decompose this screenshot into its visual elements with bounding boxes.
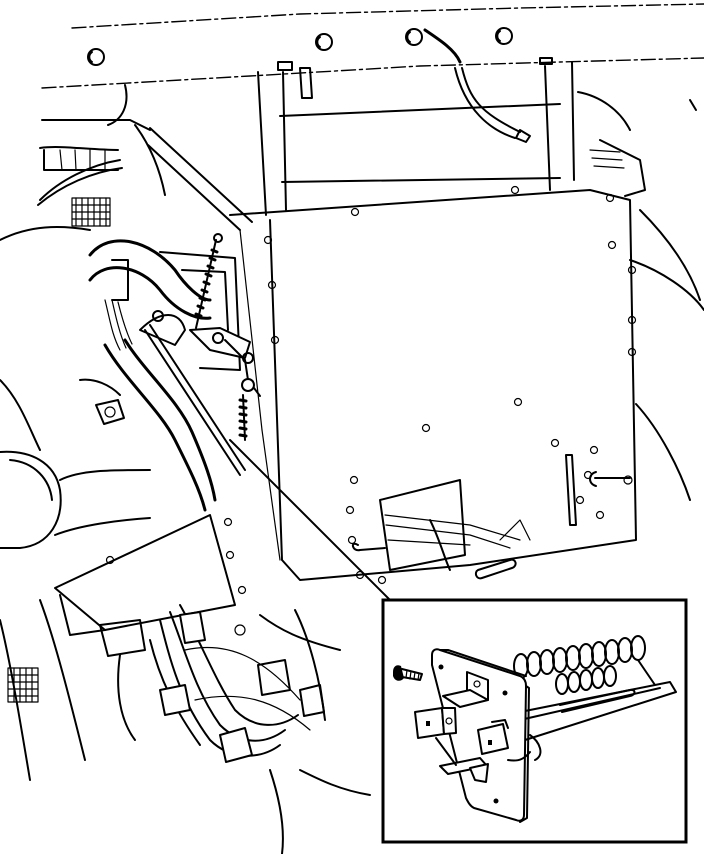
lower-left-grille [0, 600, 85, 780]
nut-icon [88, 49, 104, 65]
nut-icon [496, 28, 512, 44]
harness-bracket [55, 515, 246, 635]
dash-panel-upper-bar [42, 4, 704, 125]
wiring-harness [100, 605, 370, 854]
resistor-mounting-location [353, 480, 530, 578]
nut-icon [406, 29, 422, 45]
right-lever-assembly [566, 455, 632, 525]
upper-brackets [258, 58, 574, 215]
inset [383, 600, 686, 842]
right-side-components [578, 92, 704, 500]
screw-holes [265, 187, 636, 584]
left-duct [0, 120, 252, 240]
nut-icon [316, 34, 332, 50]
upper-wiring [425, 30, 530, 142]
blower-resistor-illustration [0, 0, 704, 854]
lower-left-duct [0, 452, 150, 548]
leader-line [230, 440, 392, 602]
diagram-stage [0, 0, 704, 854]
